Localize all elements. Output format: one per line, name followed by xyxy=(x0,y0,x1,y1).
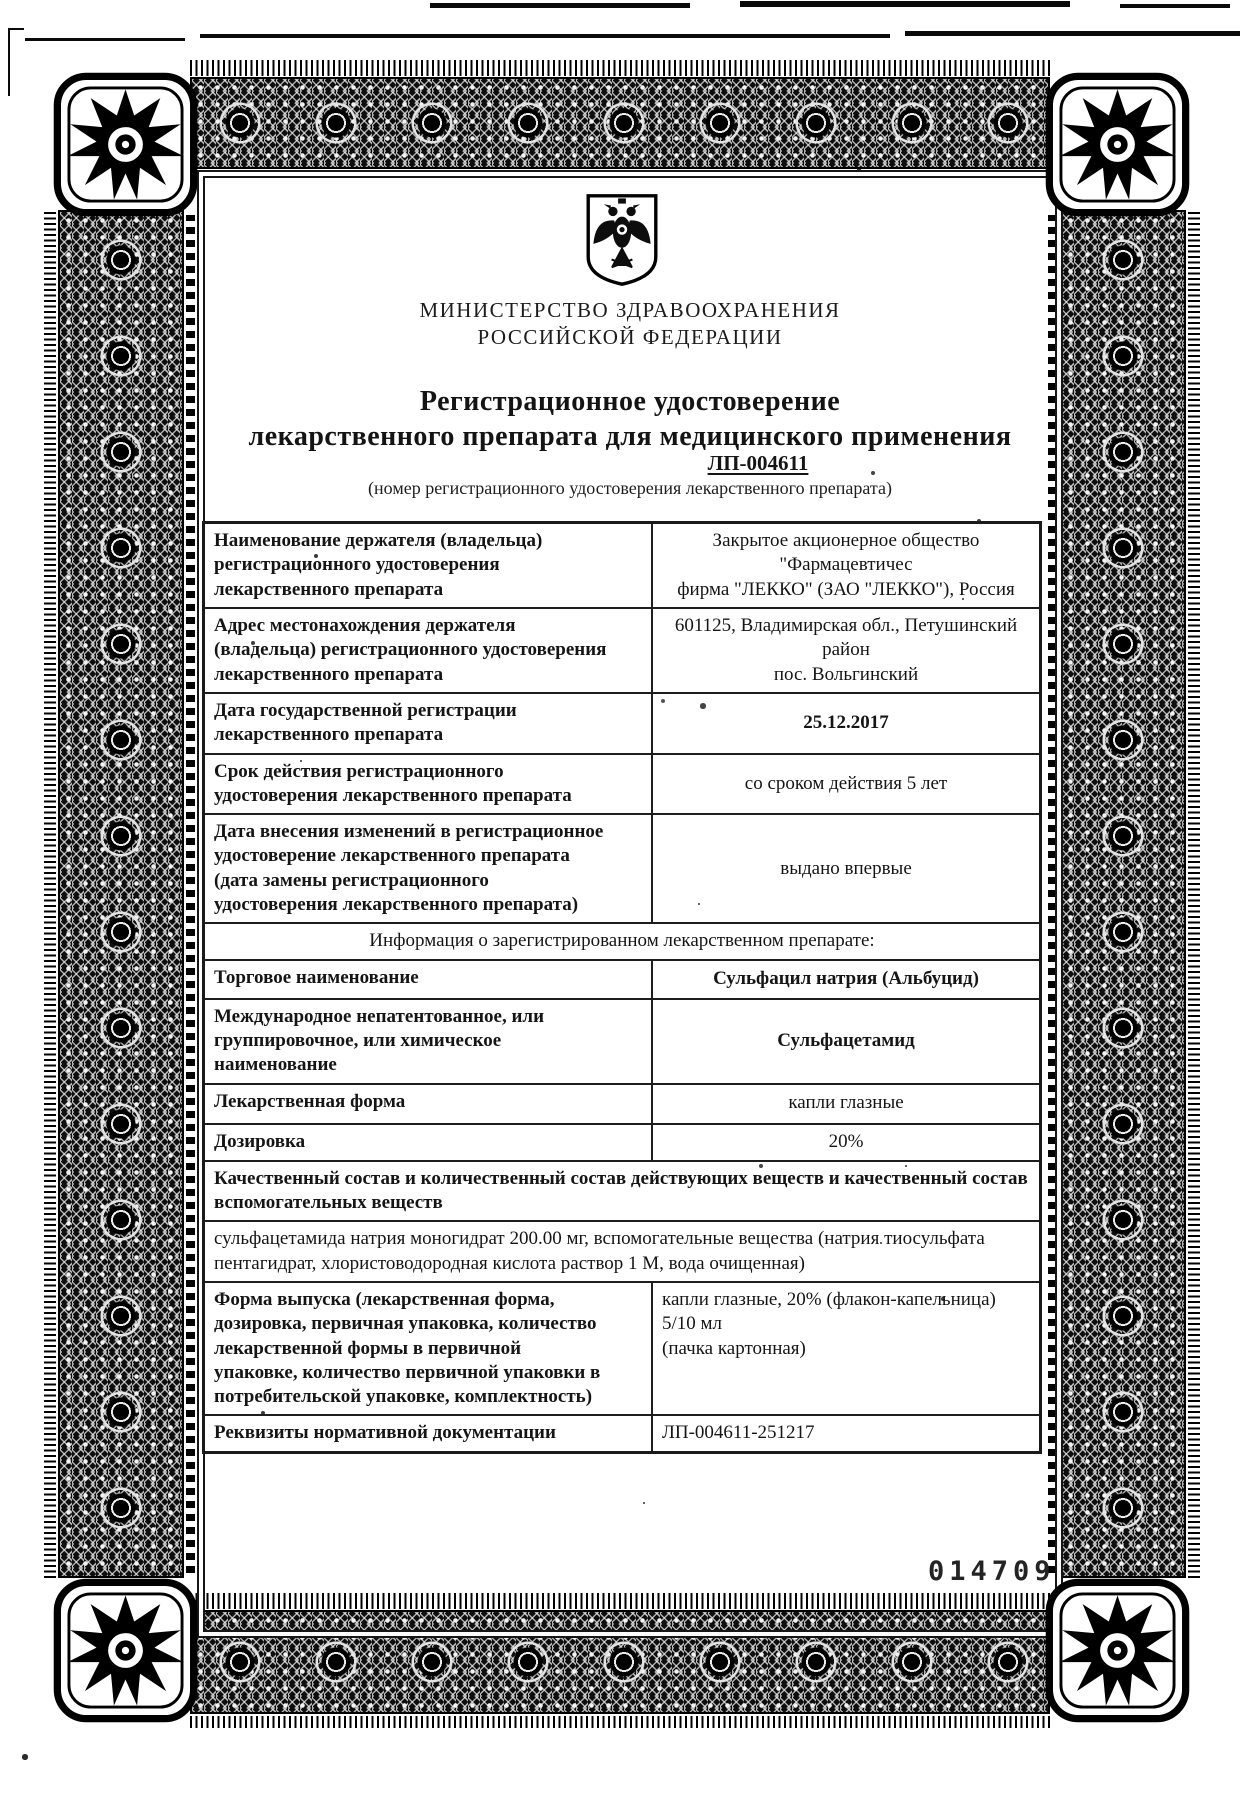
row-label-cell: Торговое наименование xyxy=(205,961,653,998)
row-label-cell: Срок действия регистрационного удостовер… xyxy=(205,755,653,814)
row-value-cell: 25.12.2017 xyxy=(653,694,1039,753)
row-value-cell: Закрытое акционерное общество "Фармацевт… xyxy=(653,524,1039,607)
table-row: Реквизиты нормативной документацииЛП-004… xyxy=(205,1414,1039,1450)
frame-fringe-top xyxy=(190,60,1050,76)
scan-noise-specks xyxy=(0,0,2,2)
row-value-cell: Сульфацетамид xyxy=(653,1000,1039,1083)
frame-band-left xyxy=(58,210,184,1578)
table-row: Качественный состав и количественный сос… xyxy=(205,1160,1039,1221)
table-section-row: Информация о зарегистрированном лекарств… xyxy=(205,924,1039,958)
ministry-line1: МИНИСТЕРСТВО ЗДРАВООХРАНЕНИЯ xyxy=(200,297,1060,324)
registration-number: ЛП-004611 xyxy=(200,451,1060,476)
scan-artifact-line xyxy=(905,31,1240,36)
document-title-line1: Регистрационное удостоверение xyxy=(185,384,1075,419)
row-label-cell: Форма выпуска (лекарственная форма, дози… xyxy=(205,1283,653,1415)
scan-artifact-dash xyxy=(1120,4,1230,8)
table-section-row: сульфацетамида натрия моногидрат 200.00 … xyxy=(205,1222,1039,1281)
table-row: Дата государственной регистрации лекарст… xyxy=(205,692,1039,753)
table-row: Информация о зарегистрированном лекарств… xyxy=(205,922,1039,958)
table-row: Торговое наименованиеСульфацил натрия (А… xyxy=(205,959,1039,998)
table-row: Лекарственная формакапли глазные xyxy=(205,1083,1039,1123)
scan-artifact-bracket xyxy=(8,28,24,96)
document-title-line2: лекарственного препарата для медицинског… xyxy=(185,419,1075,454)
row-label-cell: Адрес местонахождения держателя (владель… xyxy=(205,609,653,692)
frame-fringe-left-outer xyxy=(44,210,56,1578)
row-label-cell: Дата внесения изменений в регистрационно… xyxy=(205,815,653,922)
frame-fringe-right-outer xyxy=(1188,210,1200,1578)
corner-rosette-icon xyxy=(53,72,198,217)
registration-number-caption: (номер регистрационного удостоверения ле… xyxy=(200,478,1060,499)
table-row: Наименование держателя (владельца) регис… xyxy=(205,524,1039,607)
frame-band-right xyxy=(1060,210,1186,1578)
row-value-cell: капли глазные, 20% (флакон-капельница) 5… xyxy=(653,1283,1039,1415)
coat-of-arms-icon xyxy=(583,190,661,290)
row-value-cell: 601125, Владимирская обл., Петушинский р… xyxy=(653,609,1039,692)
table-row: Срок действия регистрационного удостовер… xyxy=(205,753,1039,814)
row-value-cell: ЛП-004611-251217 xyxy=(653,1416,1039,1450)
table-row: Адрес местонахождения держателя (владель… xyxy=(205,607,1039,692)
row-label-cell: Дата государственной регистрации лекарст… xyxy=(205,694,653,753)
table-row: Международное непатентованное, или групп… xyxy=(205,998,1039,1083)
scan-artifact-dash xyxy=(740,1,1070,7)
form-serial-number: 014709 xyxy=(928,1556,1056,1587)
table-row: сульфацетамида натрия моногидрат 200.00 … xyxy=(205,1220,1039,1281)
scan-artifact-dash xyxy=(430,3,690,8)
ministry-name: МИНИСТЕРСТВО ЗДРАВООХРАНЕНИЯ РОССИЙСКОЙ … xyxy=(200,297,1060,351)
row-label-cell: Международное непатентованное, или групп… xyxy=(205,1000,653,1083)
table-row: Форма выпуска (лекарственная форма, дози… xyxy=(205,1281,1039,1415)
table-row: Дозировка20% xyxy=(205,1123,1039,1160)
table-section-row: Качественный состав и количественный сос… xyxy=(205,1162,1039,1221)
row-value-cell: 20% xyxy=(653,1125,1039,1160)
row-value-cell: выдано впервые xyxy=(653,815,1039,922)
row-label-cell: Наименование держателя (владельца) регис… xyxy=(205,524,653,607)
scan-artifact-line xyxy=(200,34,890,38)
document-title: Регистрационное удостоверение лекарствен… xyxy=(185,384,1075,454)
row-value-cell: со сроком действия 5 лет xyxy=(653,755,1039,814)
scanned-certificate-page: МИНИСТЕРСТВО ЗДРАВООХРАНЕНИЯ РОССИЙСКОЙ … xyxy=(0,0,1247,1800)
frame-band-top xyxy=(190,77,1050,169)
row-label-cell: Реквизиты нормативной документации xyxy=(205,1416,653,1450)
cert-table: Наименование держателя (владельца) регис… xyxy=(202,521,1042,1454)
corner-rosette-icon xyxy=(53,1578,198,1723)
frame-fringe-bottom-outer xyxy=(190,1716,1050,1728)
row-value-cell: Сульфацил натрия (Альбуцид) xyxy=(653,961,1039,998)
corner-rosette-icon xyxy=(1045,72,1190,217)
row-label-cell: Лекарственная форма xyxy=(205,1085,653,1123)
row-value-cell: капли глазные xyxy=(653,1085,1039,1123)
scan-artifact-line xyxy=(25,38,185,41)
table-row: Дата внесения изменений в регистрационно… xyxy=(205,813,1039,922)
row-label-cell: Дозировка xyxy=(205,1125,653,1160)
corner-rosette-icon xyxy=(1045,1578,1190,1723)
ministry-line2: РОССИЙСКОЙ ФЕДЕРАЦИИ xyxy=(200,324,1060,351)
